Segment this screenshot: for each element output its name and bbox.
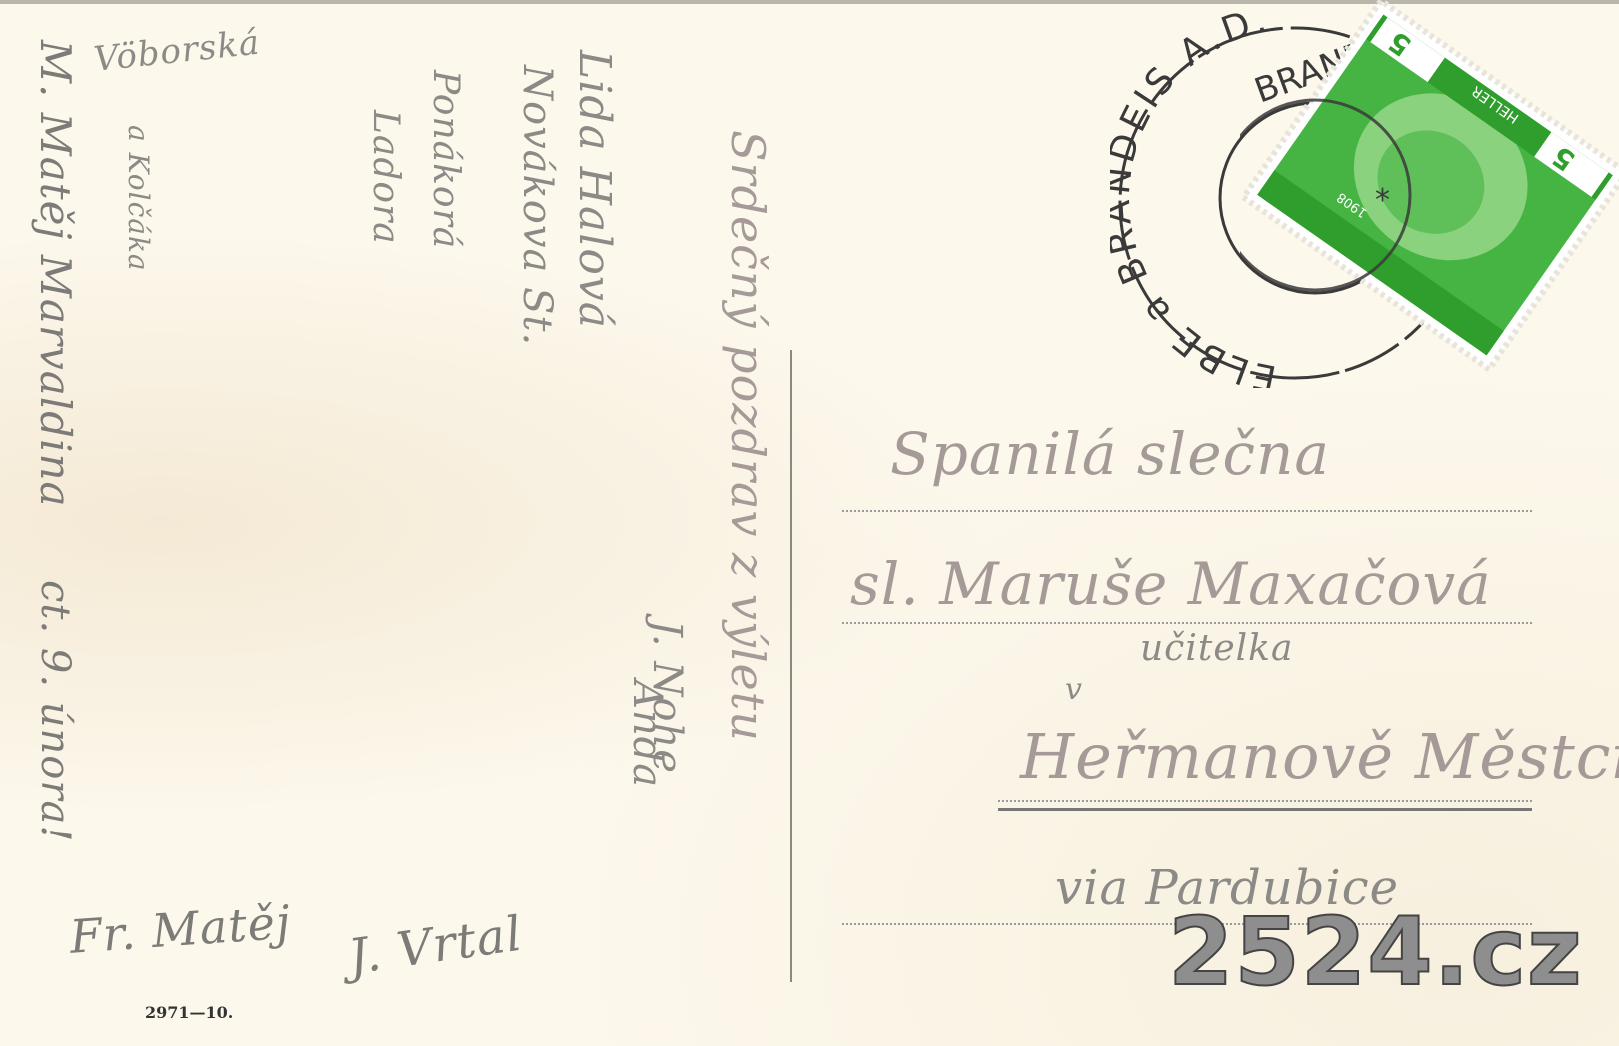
message-col7: Ladora bbox=[365, 110, 406, 245]
address-line1: Spanilá slečna bbox=[890, 420, 1330, 488]
postage-stamp-icon: 5 5 HELLER 1908 * bbox=[1240, 0, 1619, 380]
postcard-back: M. Matěj Marvaldina Vöborská a Kolčáka c… bbox=[0, 0, 1619, 1046]
message-col4: Lida Halová bbox=[569, 50, 620, 329]
message-col2: a Kolčáka bbox=[122, 125, 155, 272]
address-line4-prefix: v bbox=[1065, 672, 1083, 707]
message-header: Vöborská bbox=[92, 23, 262, 80]
message-col1: M. Matěj Marvaldina bbox=[31, 40, 80, 508]
message-col10: J. Nohe bbox=[644, 620, 690, 774]
svg-text:*: * bbox=[1375, 183, 1390, 218]
address-line-2 bbox=[842, 622, 1532, 624]
signature-2: J. Vrtal bbox=[345, 906, 526, 986]
message-col8: Srdečný pozdrav z výletu bbox=[721, 130, 775, 742]
address-underline bbox=[998, 808, 1532, 811]
address-line2: sl. Maruše Maxačová bbox=[850, 550, 1492, 618]
message-col6: Ponákorá bbox=[425, 70, 466, 249]
address-line3: učitelka bbox=[1140, 628, 1293, 669]
address-line-3 bbox=[998, 800, 1532, 802]
watermark: 2524.cz bbox=[1168, 898, 1583, 1007]
message-col3: ct. 9. února! bbox=[32, 580, 78, 842]
message-col5: Novákova St. bbox=[514, 65, 560, 346]
address-line4: Heřmanově Městci bbox=[1020, 720, 1619, 793]
signature-1: Fr. Matěj bbox=[68, 895, 293, 964]
print-number: 2971—10. bbox=[145, 1003, 233, 1022]
address-line-1 bbox=[842, 510, 1532, 512]
center-divider bbox=[790, 350, 792, 982]
